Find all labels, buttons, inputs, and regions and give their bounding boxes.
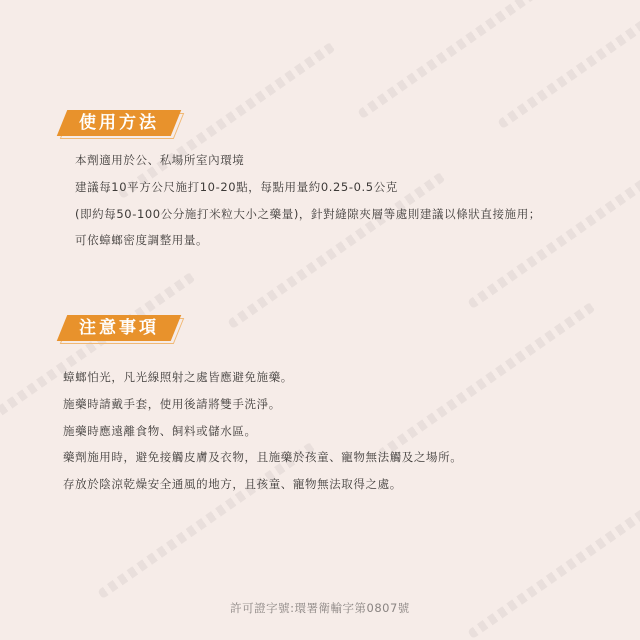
usage-lines: 本劑適用於公、私場所室內環境 建議每10平方公尺施打10-20點，每點用量約0.…	[75, 147, 541, 254]
precautions-heading: 注意事項	[62, 315, 176, 341]
usage-line: 建議每10平方公尺施打10-20點，每點用量約0.25-0.5公克	[75, 174, 541, 201]
precautions-lines: 蟑螂怕光，凡光線照射之處皆應避免施藥。 施藥時請戴手套，使用後請將雙手洗淨。 施…	[63, 364, 462, 498]
usage-heading: 使用方法	[62, 110, 176, 136]
precaution-line: 施藥時請戴手套，使用後請將雙手洗淨。	[63, 391, 462, 418]
precautions-heading-banner: 注意事項	[62, 315, 182, 345]
usage-line: 本劑適用於公、私場所室內環境	[75, 147, 541, 174]
usage-line: 可依蟑螂密度調整用量。	[75, 227, 541, 254]
precaution-line: 存放於陰涼乾燥安全通風的地方，且孩童、寵物無法取得之處。	[63, 471, 462, 498]
precaution-line: 蟑螂怕光，凡光線照射之處皆應避免施藥。	[63, 364, 462, 391]
license-number: 許可證字號:環署衛輸字第0807號	[0, 600, 640, 616]
usage-heading-banner: 使用方法	[62, 110, 182, 140]
precaution-line: 施藥時應遠離食物、飼料或儲水區。	[63, 418, 462, 445]
precaution-line: 藥劑施用時，避免接觸皮膚及衣物，且施藥於孩童、寵物無法觸及之場所。	[63, 444, 462, 471]
watermark	[497, 0, 640, 129]
watermark	[357, 0, 576, 119]
usage-line: (即約每50-100公分施打米粒大小之藥量)，針對縫隙夾層等處則建議以條狀直接施…	[75, 201, 541, 228]
